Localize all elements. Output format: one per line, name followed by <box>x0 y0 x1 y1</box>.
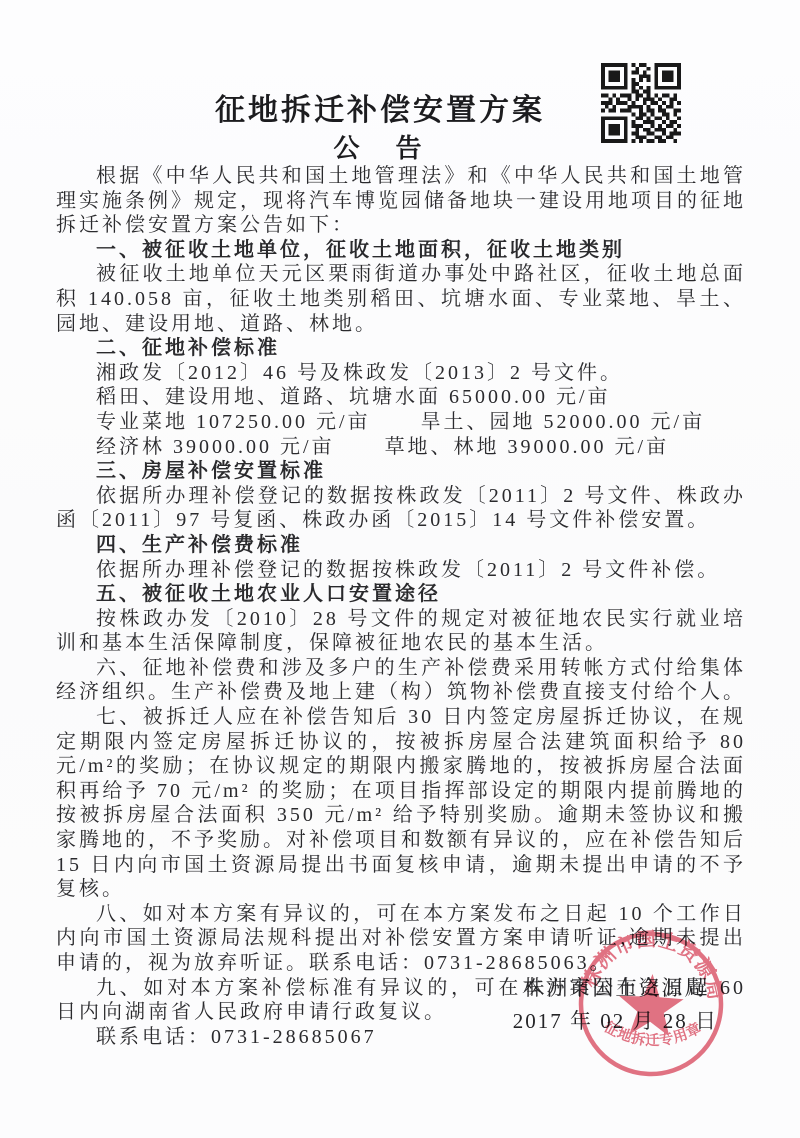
paragraph-intro: 根据《中华人民共和国土地管理法》和《中华人民共和国土地管理实施条例》规定，现将汽… <box>56 164 746 238</box>
rate-line-3: 经济林 39000.00 元/亩草地、林地 39000.00 元/亩 <box>56 435 746 460</box>
rate-grassland: 草地、林地 39000.00 元/亩 <box>385 436 670 458</box>
document-body: 根据《中华人民共和国土地管理法》和《中华人民共和国土地管理实施条例》规定，现将汽… <box>56 164 746 1049</box>
rate-economic-forest: 经济林 39000.00 元/亩 <box>96 436 335 458</box>
section-1-heading: 一、被征收土地单位，征收土地面积，征收土地类别 <box>56 238 746 263</box>
rate-line-1: 稻田、建设用地、道路、坑塘水面 65000.00 元/亩 <box>56 385 746 410</box>
official-seal: 株洲市国土资源局 征地拆迁专用章 <box>572 925 730 1083</box>
section-3-body: 依据所办理补偿登记的数据按株政发〔2011〕2 号文件、株政办函〔2011〕97… <box>56 484 746 533</box>
section-4-heading: 四、生产补偿费标准 <box>56 533 746 558</box>
section-1-body: 被征收土地单位天元区栗雨街道办事处中路社区，征收土地总面积 140.058 亩，… <box>56 262 746 336</box>
rate-dryland: 旱土、园地 52000.00 元/亩 <box>421 411 706 433</box>
section-3-heading: 三、房屋补偿安置标准 <box>56 459 746 484</box>
section-5-body: 按株政办发〔2010〕28 号文件的规定对被征地农民实行就业培训和基本生活保障制… <box>56 607 746 656</box>
section-7-paragraph: 七、被拆迁人应在补偿告知后 30 日内签定房屋拆迁协议，在规定期限内签定房屋拆迁… <box>56 705 746 902</box>
scanned-announcement-page: 征地拆迁补偿安置方案 公 告 根据《中华人民共和国土地管理法》和《中华人民共和国… <box>0 0 800 1138</box>
section-4-body: 依据所办理补偿登记的数据按株政发〔2011〕2 号文件补偿。 <box>56 558 746 583</box>
section-5-heading: 五、被征收土地农业人口安置途径 <box>56 582 746 607</box>
section-2-heading: 二、征地补偿标准 <box>56 336 746 361</box>
section-6-paragraph: 六、征地补偿费和涉及多户的生产补偿费采用转帐方式付给集体经济组织。生产补偿费及地… <box>56 656 746 705</box>
section-2-doc-refs: 湘政发〔2012〕46 号及株政发〔2013〕2 号文件。 <box>56 361 746 386</box>
seal-star-icon <box>617 972 685 1037</box>
qr-code-icon <box>599 63 683 143</box>
rate-line-2: 专业菜地 107250.00 元/亩旱土、园地 52000.00 元/亩 <box>56 410 746 435</box>
rate-vegetable: 专业菜地 107250.00 元/亩 <box>96 411 371 433</box>
